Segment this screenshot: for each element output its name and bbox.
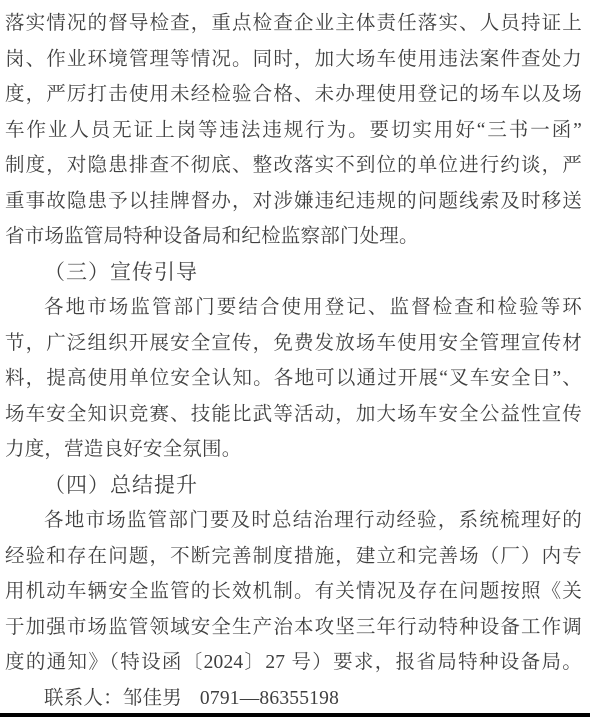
text-line: 场车安全知识竞赛、技能比武等活动，加大场车安全公益性宣传 bbox=[5, 397, 582, 433]
text-line: 车作业人员无证上岗等违法违规行为。要切实用好“三书一函” bbox=[5, 113, 582, 149]
text-line: 度，严厉打击使用未经检验合格、未办理使用登记的场车以及场 bbox=[5, 77, 582, 113]
text-line: 重事故隐患予以挂牌督办，对涉嫌违纪违规的问题线索及时移送 bbox=[5, 184, 582, 220]
contact-label: 联系人： bbox=[44, 688, 123, 709]
text-line: 各地市场监管部门要结合使用登记、监督检查和检验等环 bbox=[5, 290, 582, 326]
text-line: 制度，对隐患排查不彻底、整改落实不到位的单位进行约谈，严 bbox=[5, 148, 582, 184]
text-line: 力度，营造良好安全氛围。 bbox=[5, 432, 582, 468]
text-line: 经验和存在问题，不断完善制度措施，建立和完善场（厂）内专 bbox=[5, 539, 582, 575]
contact-line: 联系人：邹佳男0791—86355198 bbox=[5, 681, 582, 717]
text-line: 节，广泛组织开展安全宣传，免费发放场车使用安全管理宣传材 bbox=[5, 326, 582, 362]
contact-name: 邹佳男 bbox=[123, 688, 182, 709]
text-line: 用机动车辆安全监管的长效机制。有关情况及存在问题按照《关 bbox=[5, 574, 582, 610]
text-line: 于加强市场监管领域安全生产治本攻坚三年行动特种设备工作调 bbox=[5, 610, 582, 646]
section-heading-3: （三）宣传引导 bbox=[5, 255, 582, 291]
section-heading-4: （四）总结提升 bbox=[5, 468, 582, 504]
text-line: 落实情况的督导检查，重点检查企业主体责任落实、人员持证上 bbox=[5, 6, 582, 42]
text-line: 岗、作业环境管理等情况。同时，加大场车使用违法案件查处力 bbox=[5, 42, 582, 78]
text-line: 省市场监管局特种设备局和纪检监察部门处理。 bbox=[5, 219, 582, 255]
document-body: 落实情况的督导检查，重点检查企业主体责任落实、人员持证上 岗、作业环境管理等情况… bbox=[0, 0, 590, 716]
bottom-rule bbox=[0, 713, 590, 717]
contact-phone: 0791—86355198 bbox=[200, 688, 339, 709]
text-line: 度的通知》（特设函〔2024〕27 号）要求，报省局特种设备局。 bbox=[5, 645, 582, 681]
text-line: 料，提高使用单位安全认知。各地可以通过开展“叉车安全日”、 bbox=[5, 361, 582, 397]
document-page: 落实情况的督导检查，重点检查企业主体责任落实、人员持证上 岗、作业环境管理等情况… bbox=[0, 0, 590, 723]
text-line: 各地市场监管部门要及时总结治理行动经验，系统梳理好的 bbox=[5, 503, 582, 539]
